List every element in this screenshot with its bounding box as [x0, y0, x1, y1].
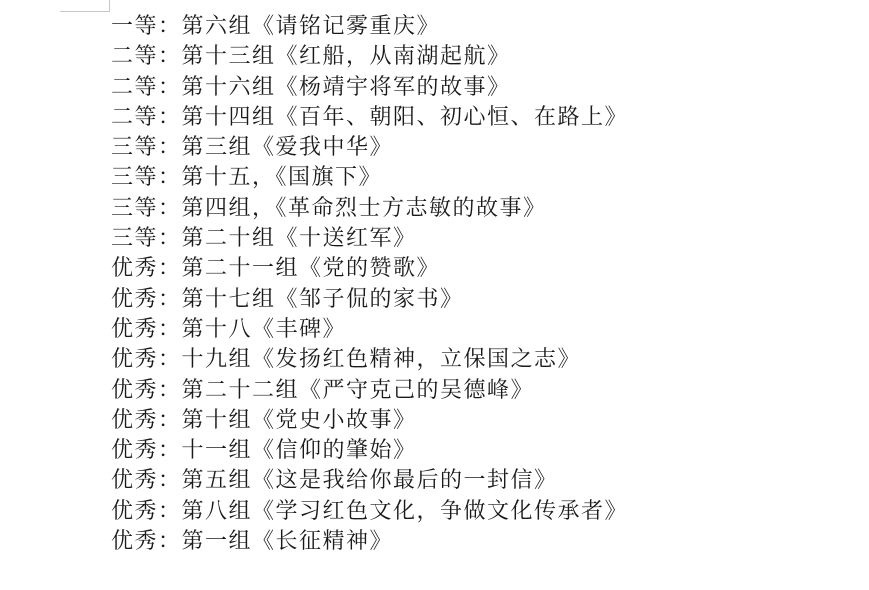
award-entry: 第十组《党史小故事》 — [182, 408, 417, 433]
award-entry: 第十七组《邹子侃的家书》 — [182, 287, 464, 312]
award-rank: 优秀： — [111, 529, 182, 554]
award-rank: 二等： — [111, 105, 182, 130]
award-entry: 第一组《长征精神》 — [182, 529, 394, 554]
award-line: 优秀：第二十一组《党的赞歌》 — [111, 254, 628, 284]
award-line: 优秀：第十组《党史小故事》 — [111, 406, 628, 436]
award-rank: 三等： — [111, 135, 182, 160]
award-rank: 优秀： — [111, 287, 182, 312]
award-entry: 第二十组《十送红军》 — [182, 226, 417, 251]
award-line: 三等：第四组，《革命烈士方志敏的故事》 — [111, 194, 628, 224]
award-entry: 第五组《这是我给你最后的一封信》 — [182, 468, 558, 493]
award-line: 优秀：十一组《信仰的肇始》 — [111, 436, 628, 466]
award-rank: 三等： — [111, 196, 182, 221]
award-rank: 优秀： — [111, 378, 182, 403]
award-rank: 二等： — [111, 44, 182, 69]
award-entry: 十九组《发扬红色精神，立保国之志》 — [182, 347, 582, 372]
award-rank: 优秀： — [111, 317, 182, 342]
award-rank: 优秀： — [111, 499, 182, 524]
award-line: 三等：第二十组《十送红军》 — [111, 224, 628, 254]
award-entry: 第十六组《杨靖宇将军的故事》 — [182, 75, 511, 100]
award-rank: 优秀： — [111, 256, 182, 281]
award-entry: 第二十一组《党的赞歌》 — [182, 256, 441, 281]
award-rank: 一等： — [111, 14, 182, 39]
award-entry: 第十八《丰碑》 — [182, 317, 347, 342]
award-line: 优秀：十九组《发扬红色精神，立保国之志》 — [111, 345, 628, 375]
award-rank: 优秀： — [111, 438, 182, 463]
award-rank: 三等： — [111, 165, 182, 190]
award-entry: 第二十二组《严守克己的吴德峰》 — [182, 378, 535, 403]
award-entry: 第十三组《红船，从南湖起航》 — [182, 44, 511, 69]
award-rank: 优秀： — [111, 347, 182, 372]
award-entry: 第四组，《革命烈士方志敏的故事》 — [182, 196, 547, 221]
award-entry: 第六组《请铭记雾重庆》 — [182, 14, 441, 39]
award-line: 一等：第六组《请铭记雾重庆》 — [111, 12, 628, 42]
award-rank: 优秀： — [111, 468, 182, 493]
award-line: 优秀：第二十二组《严守克己的吴德峰》 — [111, 376, 628, 406]
award-line: 三等：第十五，《国旗下》 — [111, 163, 628, 193]
award-line: 优秀：第十七组《邹子侃的家书》 — [111, 285, 628, 315]
award-entry: 第十五，《国旗下》 — [182, 165, 383, 190]
award-rank: 三等： — [111, 226, 182, 251]
award-line: 优秀：第五组《这是我给你最后的一封信》 — [111, 466, 628, 496]
award-line: 三等：第三组《爱我中华》 — [111, 133, 628, 163]
award-entry: 第十四组《百年、朝阳、初心恒、在路上》 — [182, 105, 629, 130]
text-boundary-crop-mark — [60, 0, 110, 12]
award-line: 优秀：第一组《长征精神》 — [111, 527, 628, 557]
award-line: 二等：第十六组《杨靖宇将军的故事》 — [111, 73, 628, 103]
award-rank: 优秀： — [111, 408, 182, 433]
award-entry: 十一组《信仰的肇始》 — [182, 438, 417, 463]
award-entry: 第三组《爱我中华》 — [182, 135, 394, 160]
award-list: 一等：第六组《请铭记雾重庆》 二等：第十三组《红船，从南湖起航》 二等：第十六组… — [111, 12, 628, 557]
award-line: 优秀：第八组《学习红色文化，争做文化传承者》 — [111, 497, 628, 527]
award-line: 二等：第十三组《红船，从南湖起航》 — [111, 42, 628, 72]
award-line: 二等：第十四组《百年、朝阳、初心恒、在路上》 — [111, 103, 628, 133]
award-entry: 第八组《学习红色文化，争做文化传承者》 — [182, 499, 629, 524]
award-line: 优秀：第十八《丰碑》 — [111, 315, 628, 345]
award-rank: 二等： — [111, 75, 182, 100]
